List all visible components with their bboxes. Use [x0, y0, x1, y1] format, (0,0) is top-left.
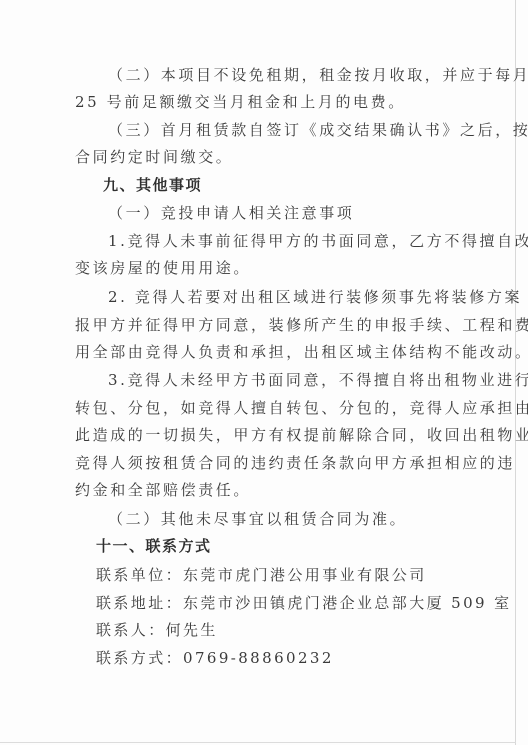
paragraph-item3-line2: 合同约定时间缴交。 — [75, 148, 233, 166]
paragraph-item2-line1: （二）本项目不设免租期，租金按月收取，并应于每月 — [108, 66, 528, 84]
contact-phone: 联系方式：0769-88860232 — [96, 649, 334, 667]
paragraph-item3-line1: （三）首月租赁款自签订《成交结果确认书》之后，按 — [108, 121, 528, 139]
point3-line1: 3.竞得人未经甲方书面同意，不得擅自将出租物业进行 — [108, 371, 528, 389]
contact-address: 联系地址：东莞市沙田镇虎门港企业总部大厦 509 室 — [96, 594, 512, 612]
page-edge-bottom — [0, 742, 516, 743]
paragraph-item2-line2: 25 号前足额缴交当月租金和上月的电费。 — [75, 93, 406, 111]
point1-line2: 变该房屋的使用用途。 — [75, 259, 251, 277]
subsection-title-bidder-notes: （一）竞投申请人相关注意事项 — [108, 204, 354, 222]
contact-unit: 联系单位：东莞市虎门港公用事业有限公司 — [96, 566, 427, 584]
document-page: （二）本项目不设免租期，租金按月收取，并应于每月 25 号前足额缴交当月租金和上… — [0, 0, 528, 745]
section-heading-other-matters: 九、其他事项 — [103, 176, 202, 194]
point2-line1: 2. 竞得人若要对出租区域进行装修须事先将装修方案 — [108, 288, 522, 306]
point3-line3: 此造成的一切损失，甲方有权提前解除合同，收回出租物业。 — [75, 426, 528, 444]
point1-line1: 1.竞得人未事前征得甲方的书面同意，乙方不得擅自改 — [108, 232, 528, 250]
point3-line2: 转包、分包，如竞得人擅自转包、分包的，竞得人应承担由 — [75, 399, 528, 417]
subsection-title-other-unresolved: （二）其他未尽事宜以租赁合同为准。 — [108, 510, 407, 528]
section-heading-contact: 十一、联系方式 — [96, 537, 212, 555]
point3-line5: 约金和全部赔偿责任。 — [75, 481, 251, 499]
point2-line2: 报甲方并征得甲方同意，装修所产生的申报手续、工程和费 — [75, 316, 528, 334]
point3-line4: 竞得人须按租赁合同的违约责任条款向甲方承担相应的违 — [75, 454, 515, 472]
contact-person: 联系人：何先生 — [96, 621, 218, 639]
point2-line3: 用全部由竞得人负责和承担，出租区域主体结构不能改动。 — [75, 343, 528, 361]
